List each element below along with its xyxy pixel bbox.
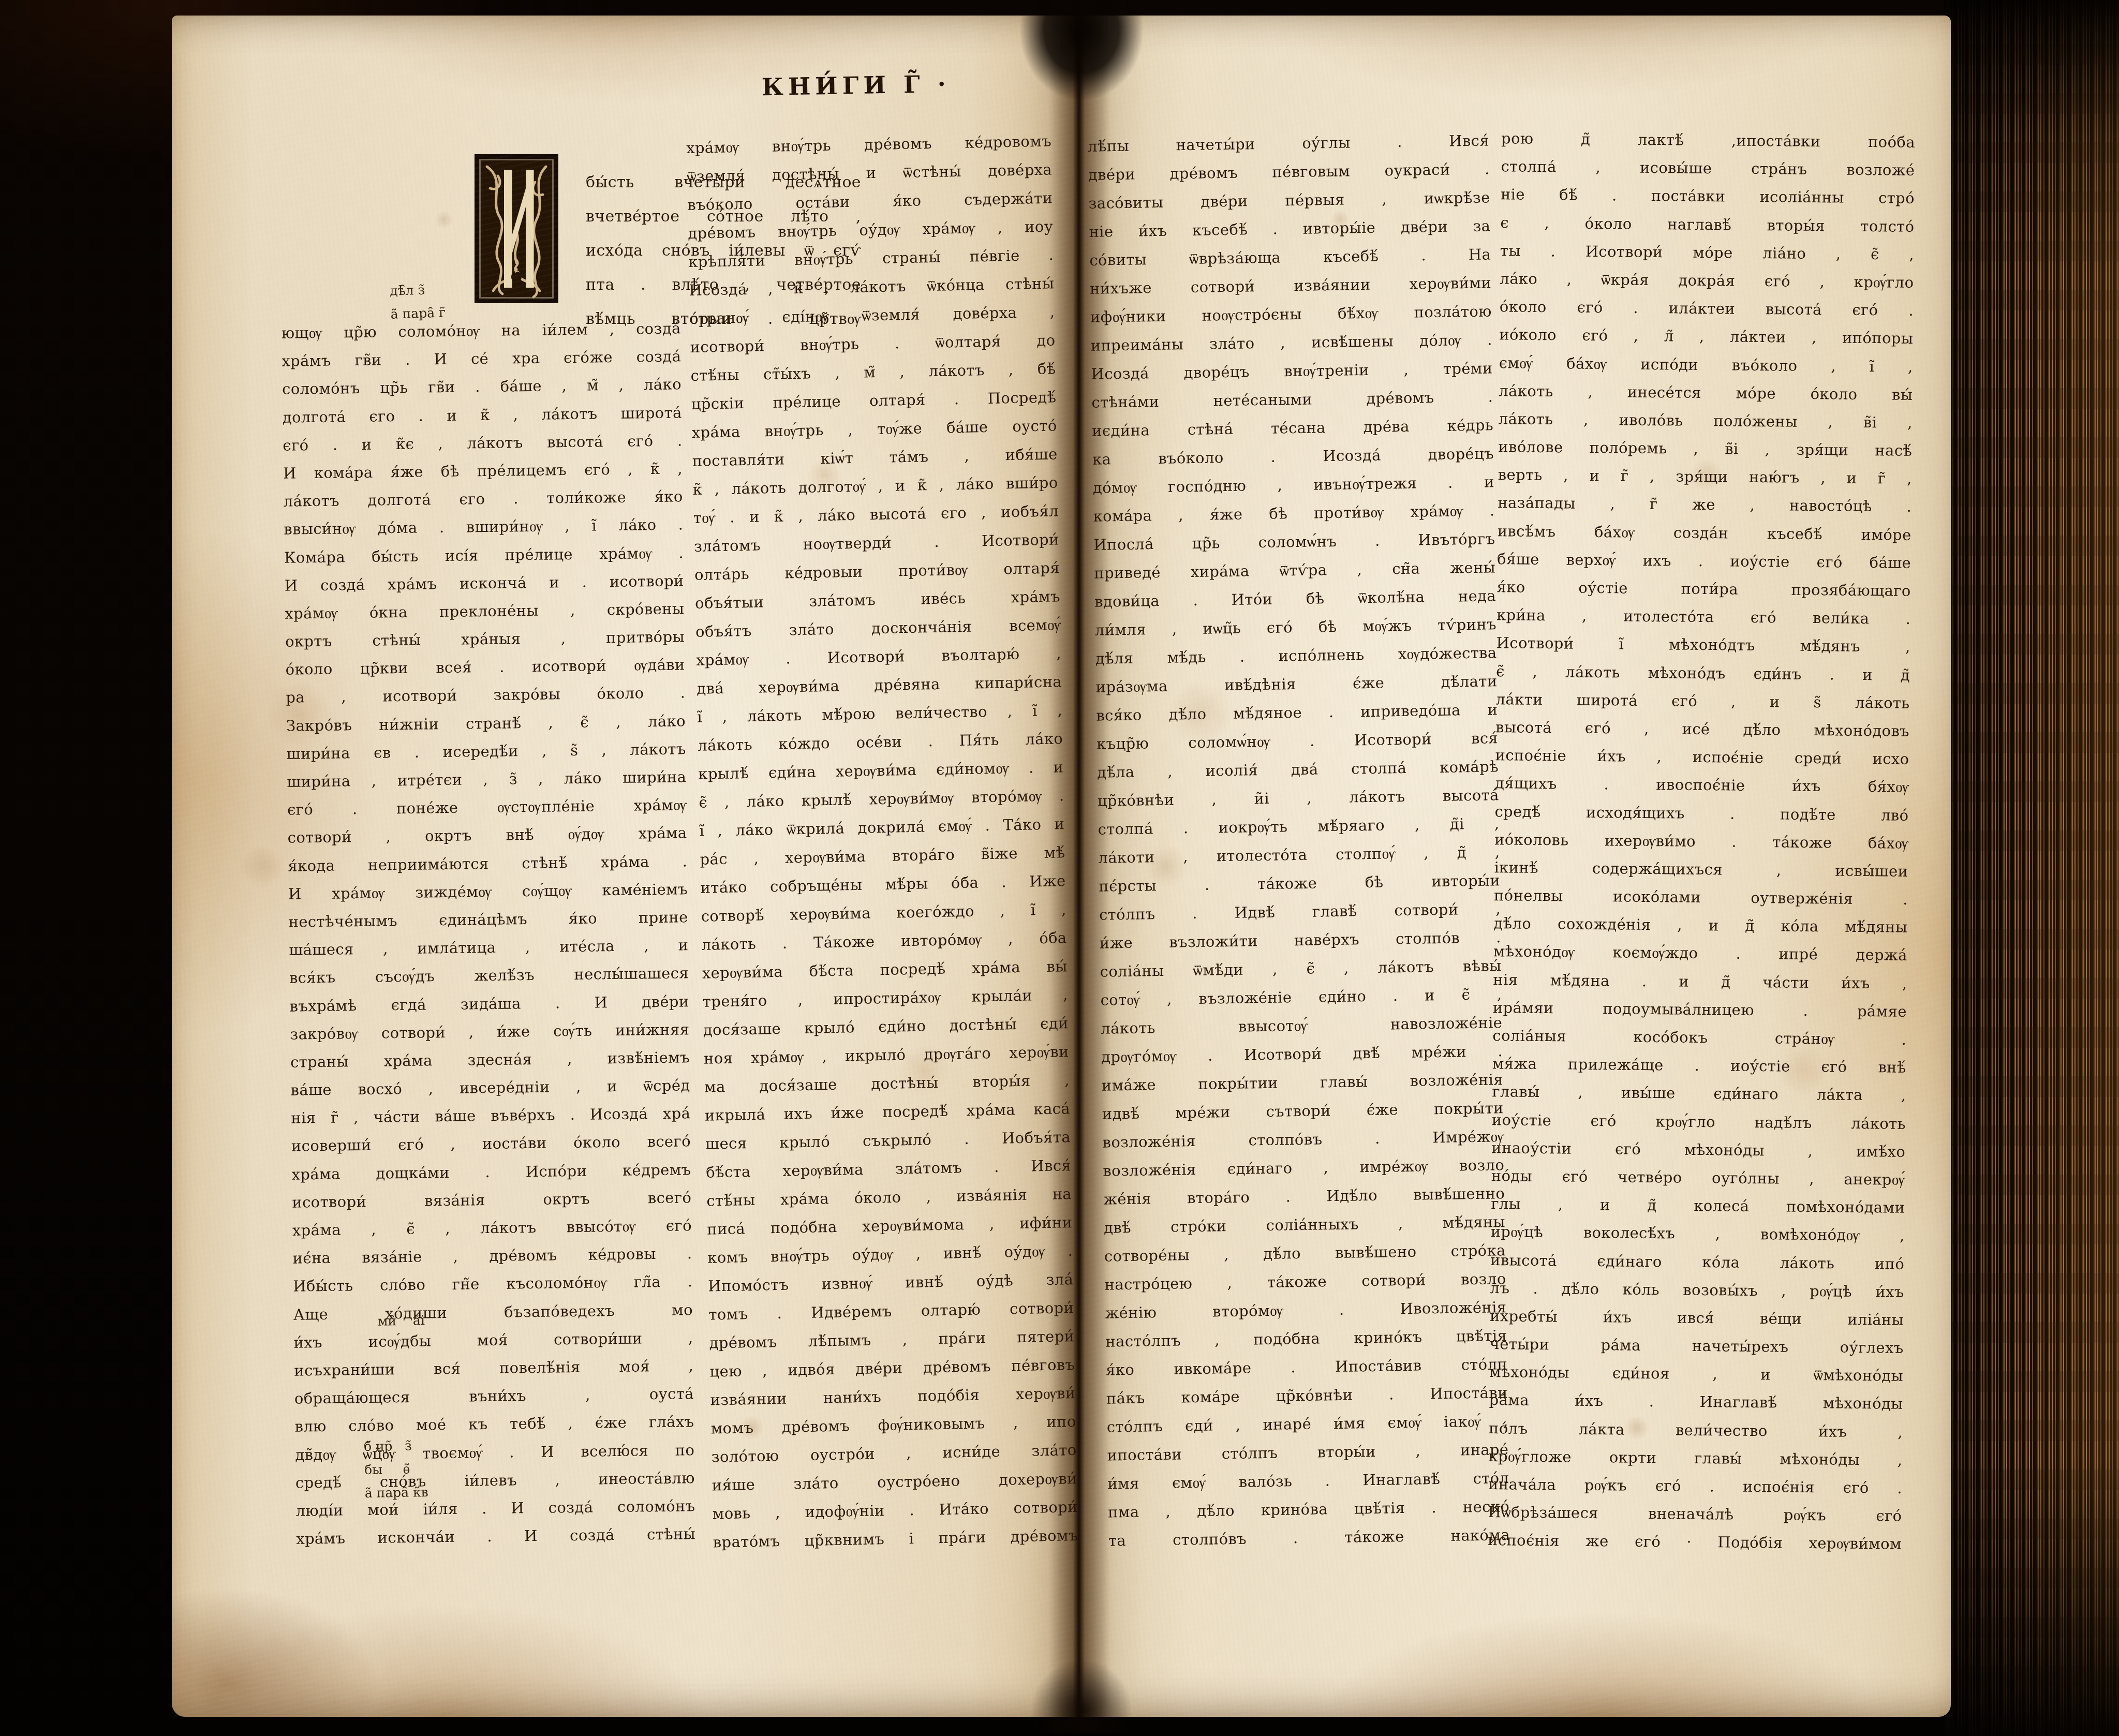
text-line: о́коло цр̃кви всея́ . исотвори́ ѹда́ви bbox=[285, 651, 685, 684]
text-line: дя́щихъ . ивоспоє́ніе и́хъ бя́хѹ bbox=[1495, 769, 1909, 801]
text-line: исъхрани́ши вся́ повелѣ́нія моя́ , bbox=[294, 1352, 694, 1385]
text-line: ввыси́нѹ до́ма . вшири́нѹ , і̃ ла́ко . bbox=[284, 511, 684, 544]
text-line: Закро́въ ни́жніи странѣ́ , є̃ , ла́ко bbox=[286, 707, 686, 740]
dropcap-initial-izhe bbox=[475, 154, 558, 303]
text-line: ющѹ цр̃ю соломо́нѹ на іи́лем , созда́ bbox=[281, 314, 681, 347]
text-line: испоє́нія же єго́ · Подо́бія херѹви́мом bbox=[1488, 1526, 1902, 1558]
text-line: ивсѣ́мъ ба́хѹ созда́н късебѣ́ имо́ре bbox=[1497, 517, 1911, 549]
left-page-column-1: ющѹ цр̃ю соломо́нѹ на іи́лем , созда́хра… bbox=[281, 314, 695, 1553]
text-line: шири́на , итре́тєи , з̃ , ла́ко шири́на bbox=[287, 763, 687, 796]
text-line: по́лъ ла́кта вели́чество и́хъ , bbox=[1489, 1414, 1903, 1446]
text-line: ра , исотвори́ закро́вы о́коло . bbox=[286, 679, 686, 712]
text-line: испоє́ніе и́хъ , испоє́ніе среди́ исхо bbox=[1495, 741, 1909, 773]
text-line: Исотвори́ і̃ мѣхоно́дтъ мѣ́дянъ , bbox=[1496, 629, 1910, 661]
text-line: ио́коло єго́ , л̃ , ла́ктеи , ипо́поры bbox=[1499, 321, 1913, 353]
text-line: є , о́коло наглавѣ́ вторы́я толсто́ bbox=[1500, 209, 1914, 241]
book-photo: КНИ́ГИ Г̃ · bbox=[0, 0, 2119, 1736]
right-page-column-1: лѣ́пы начеты́ри оу́глы . Ився́две́ри дре… bbox=[1088, 126, 1510, 1555]
text-line: є̃ , ла́коть мѣхоно́дъ єди́нъ . и д̃ bbox=[1496, 657, 1910, 689]
text-line: хра́ма , є̃ , ла́котъ ввысо́тѹ єго́ bbox=[292, 1211, 692, 1244]
text-line: ємѹ́ ба́хѹ испо́ди въо́коло , і̃ , bbox=[1499, 349, 1913, 381]
text-line: исотвори́ вяза́нія окртъ всего́ bbox=[292, 1183, 692, 1216]
text-line: нестѣче́нымъ єдина́цѣмъ я́ко прине bbox=[288, 903, 688, 936]
text-line: наза́пады , г̃ же , навосто́цѣ . bbox=[1498, 489, 1911, 521]
text-line: вся́къ съсѹ́дъ желѣ́зъ неслы́шашеся bbox=[289, 959, 689, 992]
text-line: ша́шеся , имла́тица , ите́сла , и bbox=[289, 931, 689, 964]
text-line: глы , и д̃ колеса́ помѣхоно́дами bbox=[1491, 1190, 1905, 1222]
text-line: нія мѣ́дяна . и д̃ ча́сти и́хъ , bbox=[1493, 966, 1907, 998]
text-line: ла́ко , ѿкра́я докра́я єго́ , крѹ́гло bbox=[1500, 264, 1914, 296]
page-edges-left bbox=[0, 0, 180, 1736]
text-line: мѣхоно́дѹ коємѹ́ждо . ипре́ держа́ bbox=[1493, 938, 1907, 970]
text-line: Иѡбрѣза́шеся вненача́лѣ рѹ́къ єго́ bbox=[1488, 1498, 1902, 1530]
text-line: окртъ стѣны́ хра́ныя , притво́ры bbox=[285, 622, 685, 656]
text-line: обраща́ющеся въни́хъ , оуста́ bbox=[294, 1379, 694, 1413]
text-line: ихребты́ и́хъ ився́ ве́щи иліа́ны bbox=[1490, 1302, 1904, 1334]
text-line: четы́ри ра́ма начеты́рехъ оу́глехъ bbox=[1489, 1330, 1903, 1362]
text-line: высота́ єго́ , исе́ дѣ́ло мѣхоно́довъ bbox=[1495, 713, 1909, 745]
text-line: люді́и мои́ іи́ля . И созда́ соломо́нъ bbox=[295, 1492, 695, 1525]
text-line: мѣхоно́ды єди́ноя , и ѿмѣхоно́ды bbox=[1489, 1358, 1903, 1390]
text-line: шири́на єв . исередѣ́и , ѕ̃ , ла́котъ bbox=[286, 735, 686, 768]
text-line: соліа́ныя косо́бокъ стра́нѹ . bbox=[1492, 1021, 1906, 1054]
text-line: но́ды єго́ четве́ро оуго́лны , анекрѹ́ bbox=[1491, 1162, 1905, 1194]
text-line: дѣ́ло сохожде́нія , и д̃ ко́ла мѣ́дяны bbox=[1493, 909, 1907, 941]
text-line: Ибы́сть сло́во гн̃е късоломо́нѹ гл̃а . bbox=[293, 1268, 693, 1301]
text-line: главы́ , ивы́ше єди́наго ла́кта , bbox=[1492, 1078, 1906, 1110]
text-line: верть , и г̃ , зря́щи наю́гъ , и г̃ , bbox=[1498, 461, 1912, 493]
text-line: ира́мяи подоумыва́лницею . ра́мяе bbox=[1493, 993, 1907, 1026]
text-line: о́коло єго́ . ила́ктеи высота́ єго́ . bbox=[1500, 292, 1914, 324]
text-line: лъ . дѣ́ло ко́ль возовы́хъ , рѹ́цѣ и́хъ bbox=[1490, 1274, 1904, 1306]
text-line: ніе бѣ́ . поста́вки исоліа́нны стро́ bbox=[1501, 181, 1915, 213]
text-line: сотвори́ , окртъ внѣ́ ѹ́дѹ хра́ма bbox=[287, 819, 687, 852]
text-line: и́хъ исѹ́дбы моя́ сотвори́ши , bbox=[293, 1324, 693, 1357]
text-line: нія г̃ , ча́сти ва́ше въве́рхъ . Исозда́… bbox=[291, 1100, 691, 1133]
text-line: ты . Исотвори́ мо́ре ліа́но , є̃ , bbox=[1500, 236, 1914, 269]
text-line: иво́лове поло́ремь , в̃і , зря́щи насѣ́ bbox=[1498, 433, 1912, 465]
text-line: ла́коть , инесе́тся мо́ре о́коло вы́ bbox=[1499, 377, 1913, 409]
text-line: долгота́ єго . и к̃ , ла́котъ широта́ bbox=[282, 398, 682, 432]
text-line: хра́мъ исконча́и . И созда́ стѣны́ bbox=[296, 1520, 696, 1553]
text-line: ла́кти широта́ єго́ , и ѕ̃ ла́коть bbox=[1495, 685, 1909, 717]
text-line: по́нелвы исоко́лами оутверже́нія . bbox=[1494, 881, 1908, 913]
text-line: ивысота́ єди́наго ко́ла ла́коть ипо́ bbox=[1490, 1246, 1904, 1278]
text-line: влю сло́во мое́ къ тебѣ́ , є́же гла́хъ bbox=[294, 1408, 694, 1441]
text-line: хра́ма дощка́ми . Испо́ри ке́дремъ bbox=[291, 1155, 691, 1189]
text-line: инаоу́стіи єго́ мѣхоно́ды , имѣ́хо bbox=[1491, 1134, 1905, 1166]
text-line: исоверши́ єго́ , иоста́ви о́коло всего́ bbox=[291, 1127, 691, 1161]
text-line: рою д̃ лактѣ́ ,ипоста́вки поо́ба bbox=[1501, 124, 1915, 156]
text-line: єго́ . и к̃є , ла́котъ высота́ єго́ . bbox=[283, 426, 683, 459]
text-line: ла́котъ долгота́ єго . толи́коже я́ко bbox=[283, 482, 683, 515]
text-line: ра́ма и́хъ . Инаглавѣ́ мѣхоно́ды bbox=[1489, 1386, 1903, 1418]
text-line: ва́ше восхо́ , ивсере́дніи , и ѿсре́д bbox=[290, 1071, 690, 1104]
text-line: Кома́ра бы́сть исі́я пре́лице хра́мѹ . bbox=[284, 539, 684, 572]
text-line: бя́ше верхѹ́ ихъ . иоу́стіе єго́ ба́ше bbox=[1497, 545, 1911, 577]
text-line: мя́жа прилежа́ще . иоу́стіе єго́ внѣ́ bbox=[1492, 1049, 1906, 1081]
text-line: ікинѣ́ содержа́щихъся , исвы́шеи bbox=[1494, 853, 1908, 885]
text-line: столпа́ , исовы́ше стра́нъ возложе́ bbox=[1501, 152, 1915, 184]
text-line: я́ко оу́стіе поти́ра прозяба́ющаго bbox=[1496, 573, 1910, 605]
text-line: инача́ла рѹ́къ єго́ . испоє́нія єго́ . bbox=[1488, 1470, 1902, 1502]
text-line: хра́мѹ о́кна преклоне́ны , скро́вены bbox=[285, 595, 685, 628]
text-line: страны́ хра́ма здесна́я , извѣ́ніемъ bbox=[290, 1043, 690, 1076]
text-line: средѣ́ исходя́щихъ . подѣ́те лво́ bbox=[1494, 797, 1908, 829]
text-line: дв̃дѹ ѡц̃ѹ твоємѹ́ . И вселю́ся по bbox=[295, 1436, 695, 1469]
left-page-column-2: хра́мѹ внѹ́трь дре́вомъ ке́дровомъѿземля… bbox=[686, 127, 1079, 1556]
text-line: иє́на вяза́ніе , дре́вомъ ке́дровы . bbox=[292, 1239, 692, 1272]
text-line: соломо́нъ цр̃ь гв̃и . ба́ше , м̃ , ла́ко bbox=[282, 370, 682, 404]
text-line: хра́мъ гв̃и . И се́ хра єго́же созда́ bbox=[281, 343, 681, 376]
text-line: закро́вѹ сотвори́ , и́же сѹ́ть ини́жняя bbox=[290, 1015, 690, 1048]
running-head-left: КНИ́ГИ Г̃ · bbox=[762, 70, 951, 101]
text-line: крѹ́гложе окрти главы́ мѣхоно́ды , bbox=[1488, 1442, 1902, 1474]
text-line: ио́коловь ихерѹви́мо . та́коже ба́хѹ bbox=[1494, 825, 1908, 857]
text-line: та столпо́въ . та́коже нако́ма bbox=[1108, 1521, 1510, 1555]
text-line: иоу́стіе єго́ крѹ́гло надѣ́лъ ла́коть bbox=[1492, 1106, 1906, 1138]
text-line: И созда́ хра́мъ исконча́ и . исотвори́ bbox=[284, 567, 684, 600]
text-line: дѣ̑л з̃ bbox=[389, 277, 445, 303]
text-line: ла́коть , иволо́вь поло́жены , в̃і , bbox=[1499, 405, 1913, 437]
text-line: єго́ . поне́же ѹстѹпле́ніе хра́мѹ bbox=[287, 791, 687, 824]
text-line: въхра́мѣ єгда́ зида́ша . И две́ри bbox=[289, 987, 689, 1020]
text-line: И хра́мѹ зижде́мѹ сѹ́щѹ каме́ніемъ bbox=[288, 875, 688, 908]
text-line: кри́на , итолесто́та єго́ вели́ка . bbox=[1496, 601, 1910, 633]
text-line: я́кода неприима́ются стѣнѣ́ хра́ма . bbox=[288, 847, 688, 880]
text-line: средѣ́ сно́въ іи́левъ , инеоста́влю bbox=[295, 1464, 695, 1497]
page-edges-right bbox=[1944, 0, 2119, 1736]
right-page-column-2: рою д̃ лактѣ́ ,ипоста́вки поо́бастолпа́ … bbox=[1488, 124, 1915, 1558]
text-line: И кома́ра я́же бѣ пре́лицемъ єго́ , к̃ , bbox=[283, 454, 683, 487]
text-line: Аще хо́диши бъзапо́ведехъ мо bbox=[293, 1296, 693, 1329]
text-line: ирѹ́цѣ воколесѣ́хъ , вомѣхоно́дѹ , bbox=[1490, 1218, 1904, 1250]
